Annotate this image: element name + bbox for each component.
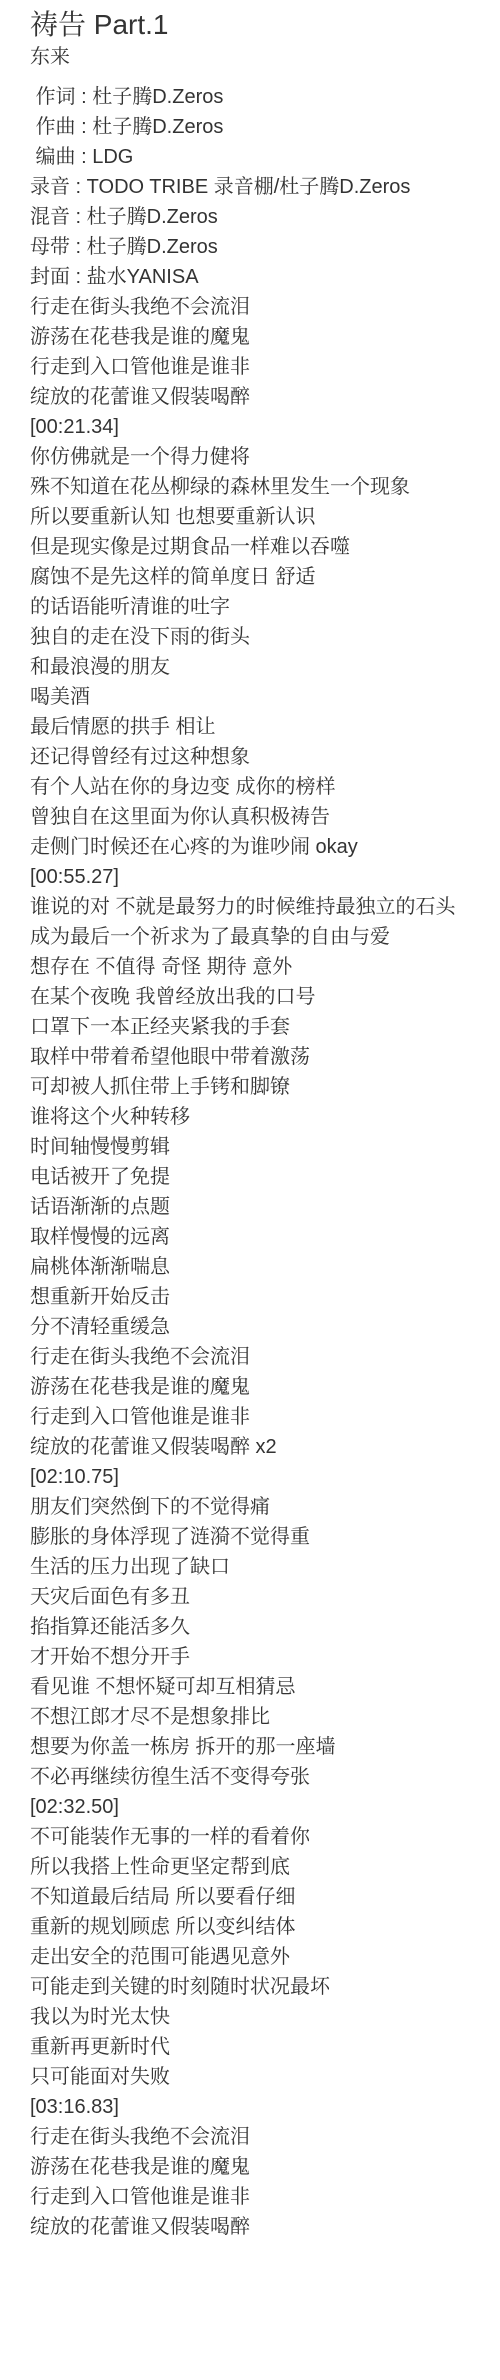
lyric-line: 掐指算还能活多久: [30, 1612, 490, 1642]
lyric-line: 才开始不想分开手: [30, 1642, 490, 1672]
lyric-line: 但是现实像是过期食品一样难以吞噬: [30, 532, 490, 562]
lyric-line: 想存在 不值得 奇怪 期待 意外: [30, 952, 490, 982]
lyric-line: 口罩下一本正经夹紧我的手套: [30, 1012, 490, 1042]
lyric-line: 所以要重新认知 也想要重新认识: [30, 502, 490, 532]
lyric-line: 行走到入口管他谁是谁非: [30, 352, 490, 382]
lyric-line: 分不清轻重缓急: [30, 1312, 490, 1342]
lyric-line: 谁将这个火种转移: [30, 1102, 490, 1132]
lyric-line: [03:16.83]: [30, 2092, 490, 2122]
lyric-line: 天灾后面色有多丑: [30, 1582, 490, 1612]
lyric-line: 还记得曾经有过这种想象: [30, 742, 490, 772]
lyric-line: 不想江郎才尽不是想象排比: [30, 1702, 490, 1732]
lyric-line: [00:21.34]: [30, 412, 490, 442]
lyric-line: 朋友们突然倒下的不觉得痛: [30, 1492, 490, 1522]
lyric-line: 成为最后一个祈求为了最真挚的自由与爱: [30, 922, 490, 952]
lyric-line: [02:10.75]: [30, 1462, 490, 1492]
lyrics-block: 行走在街头我绝不会流泪游荡在花巷我是谁的魔鬼行走到入口管他谁是谁非绽放的花蕾谁又…: [30, 292, 490, 2242]
lyric-line: 独自的走在没下雨的街头: [30, 622, 490, 652]
lyric-line: 电话被开了免提: [30, 1162, 490, 1192]
lyric-line: 想要为你盖一栋房 拆开的那一座墙: [30, 1732, 490, 1762]
lyric-line: 绽放的花蕾谁又假装喝醉 x2: [30, 1432, 490, 1462]
credit-line: 作词 : 杜子腾D.Zeros: [30, 82, 490, 112]
lyric-line: 看见谁 不想怀疑可却互相猜忌: [30, 1672, 490, 1702]
lyric-line: 的话语能听清谁的吐字: [30, 592, 490, 622]
credits-block: 作词 : 杜子腾D.Zeros 作曲 : 杜子腾D.Zeros 编曲 : LDG…: [30, 82, 490, 292]
lyric-line: 不可能装作无事的一样的看着你: [30, 1822, 490, 1852]
lyric-line: 不必再继续彷徨生活不变得夸张: [30, 1762, 490, 1792]
lyric-line: 行走到入口管他谁是谁非: [30, 2182, 490, 2212]
lyric-line: 想重新开始反击: [30, 1282, 490, 1312]
lyric-line: 和最浪漫的朋友: [30, 652, 490, 682]
lyric-line: 扁桃体渐渐喘息: [30, 1252, 490, 1282]
lyric-line: 不知道最后结局 所以要看仔细: [30, 1882, 490, 1912]
lyric-line: [00:55.27]: [30, 862, 490, 892]
lyric-line: 游荡在花巷我是谁的魔鬼: [30, 2152, 490, 2182]
lyric-line: 话语渐渐的点题: [30, 1192, 490, 1222]
lyric-line: 只可能面对失败: [30, 2062, 490, 2092]
lyric-line: 走出安全的范围可能遇见意外: [30, 1942, 490, 1972]
lyric-line: 取样中带着希望他眼中带着激荡: [30, 1042, 490, 1072]
credit-line: 作曲 : 杜子腾D.Zeros: [30, 112, 490, 142]
lyric-line: 游荡在花巷我是谁的魔鬼: [30, 322, 490, 352]
lyric-line: 可能走到关键的时刻随时状况最坏: [30, 1972, 490, 2002]
lyric-line: 殊不知道在花丛柳绿的森林里发生一个现象: [30, 472, 490, 502]
lyric-line: 生活的压力出现了缺口: [30, 1552, 490, 1582]
artist-name: 东来: [30, 42, 490, 72]
lyric-line: 可却被人抓住带上手铐和脚镣: [30, 1072, 490, 1102]
lyric-line: 最后情愿的拱手 相让: [30, 712, 490, 742]
credit-line: 母带 : 杜子腾D.Zeros: [30, 232, 490, 262]
lyric-line: 你仿佛就是一个得力健将: [30, 442, 490, 472]
lyric-line: 走侧门时候还在心疼的为谁吵闹 okay: [30, 832, 490, 862]
lyric-line: 取样慢慢的远离: [30, 1222, 490, 1252]
song-title: 祷告 Part.1: [30, 7, 490, 42]
lyric-line: 谁说的对 不就是最努力的时候维持最独立的石头: [30, 892, 490, 922]
lyric-line: 膨胀的身体浮现了涟漪不觉得重: [30, 1522, 490, 1552]
lyric-line: 行走在街头我绝不会流泪: [30, 1342, 490, 1372]
lyric-line: 行走在街头我绝不会流泪: [30, 292, 490, 322]
credit-line: 录音 : TODO TRIBE 录音棚/杜子腾D.Zeros: [30, 172, 490, 202]
lyric-line: [02:32.50]: [30, 1792, 490, 1822]
lyric-line: 重新再更新时代: [30, 2032, 490, 2062]
lyric-line: 喝美酒: [30, 682, 490, 712]
lyric-line: 有个人站在你的身边变 成你的榜样: [30, 772, 490, 802]
credit-line: 编曲 : LDG: [30, 142, 490, 172]
lyric-line: 我以为时光太快: [30, 2002, 490, 2032]
lyric-line: 所以我搭上性命更坚定帮到底: [30, 1852, 490, 1882]
credit-line: 混音 : 杜子腾D.Zeros: [30, 202, 490, 232]
lyric-line: 行走在街头我绝不会流泪: [30, 2122, 490, 2152]
lyric-line: 在某个夜晚 我曾经放出我的口号: [30, 982, 490, 1012]
lyric-line: 行走到入口管他谁是谁非: [30, 1402, 490, 1432]
lyric-line: 腐蚀不是先这样的简单度日 舒适: [30, 562, 490, 592]
lyric-line: 绽放的花蕾谁又假装喝醉: [30, 382, 490, 412]
lyric-line: 时间轴慢慢剪辑: [30, 1132, 490, 1162]
lyric-line: 曾独自在这里面为你认真积极祷告: [30, 802, 490, 832]
lyrics-page: 祷告 Part.1 东来 作词 : 杜子腾D.Zeros 作曲 : 杜子腾D.Z…: [0, 0, 500, 2380]
lyric-line: 游荡在花巷我是谁的魔鬼: [30, 1372, 490, 1402]
lyric-line: 绽放的花蕾谁又假装喝醉: [30, 2212, 490, 2242]
credit-line: 封面 : 盐水YANISA: [30, 262, 490, 292]
lyric-line: 重新的规划顾虑 所以变纠结体: [30, 1912, 490, 1942]
